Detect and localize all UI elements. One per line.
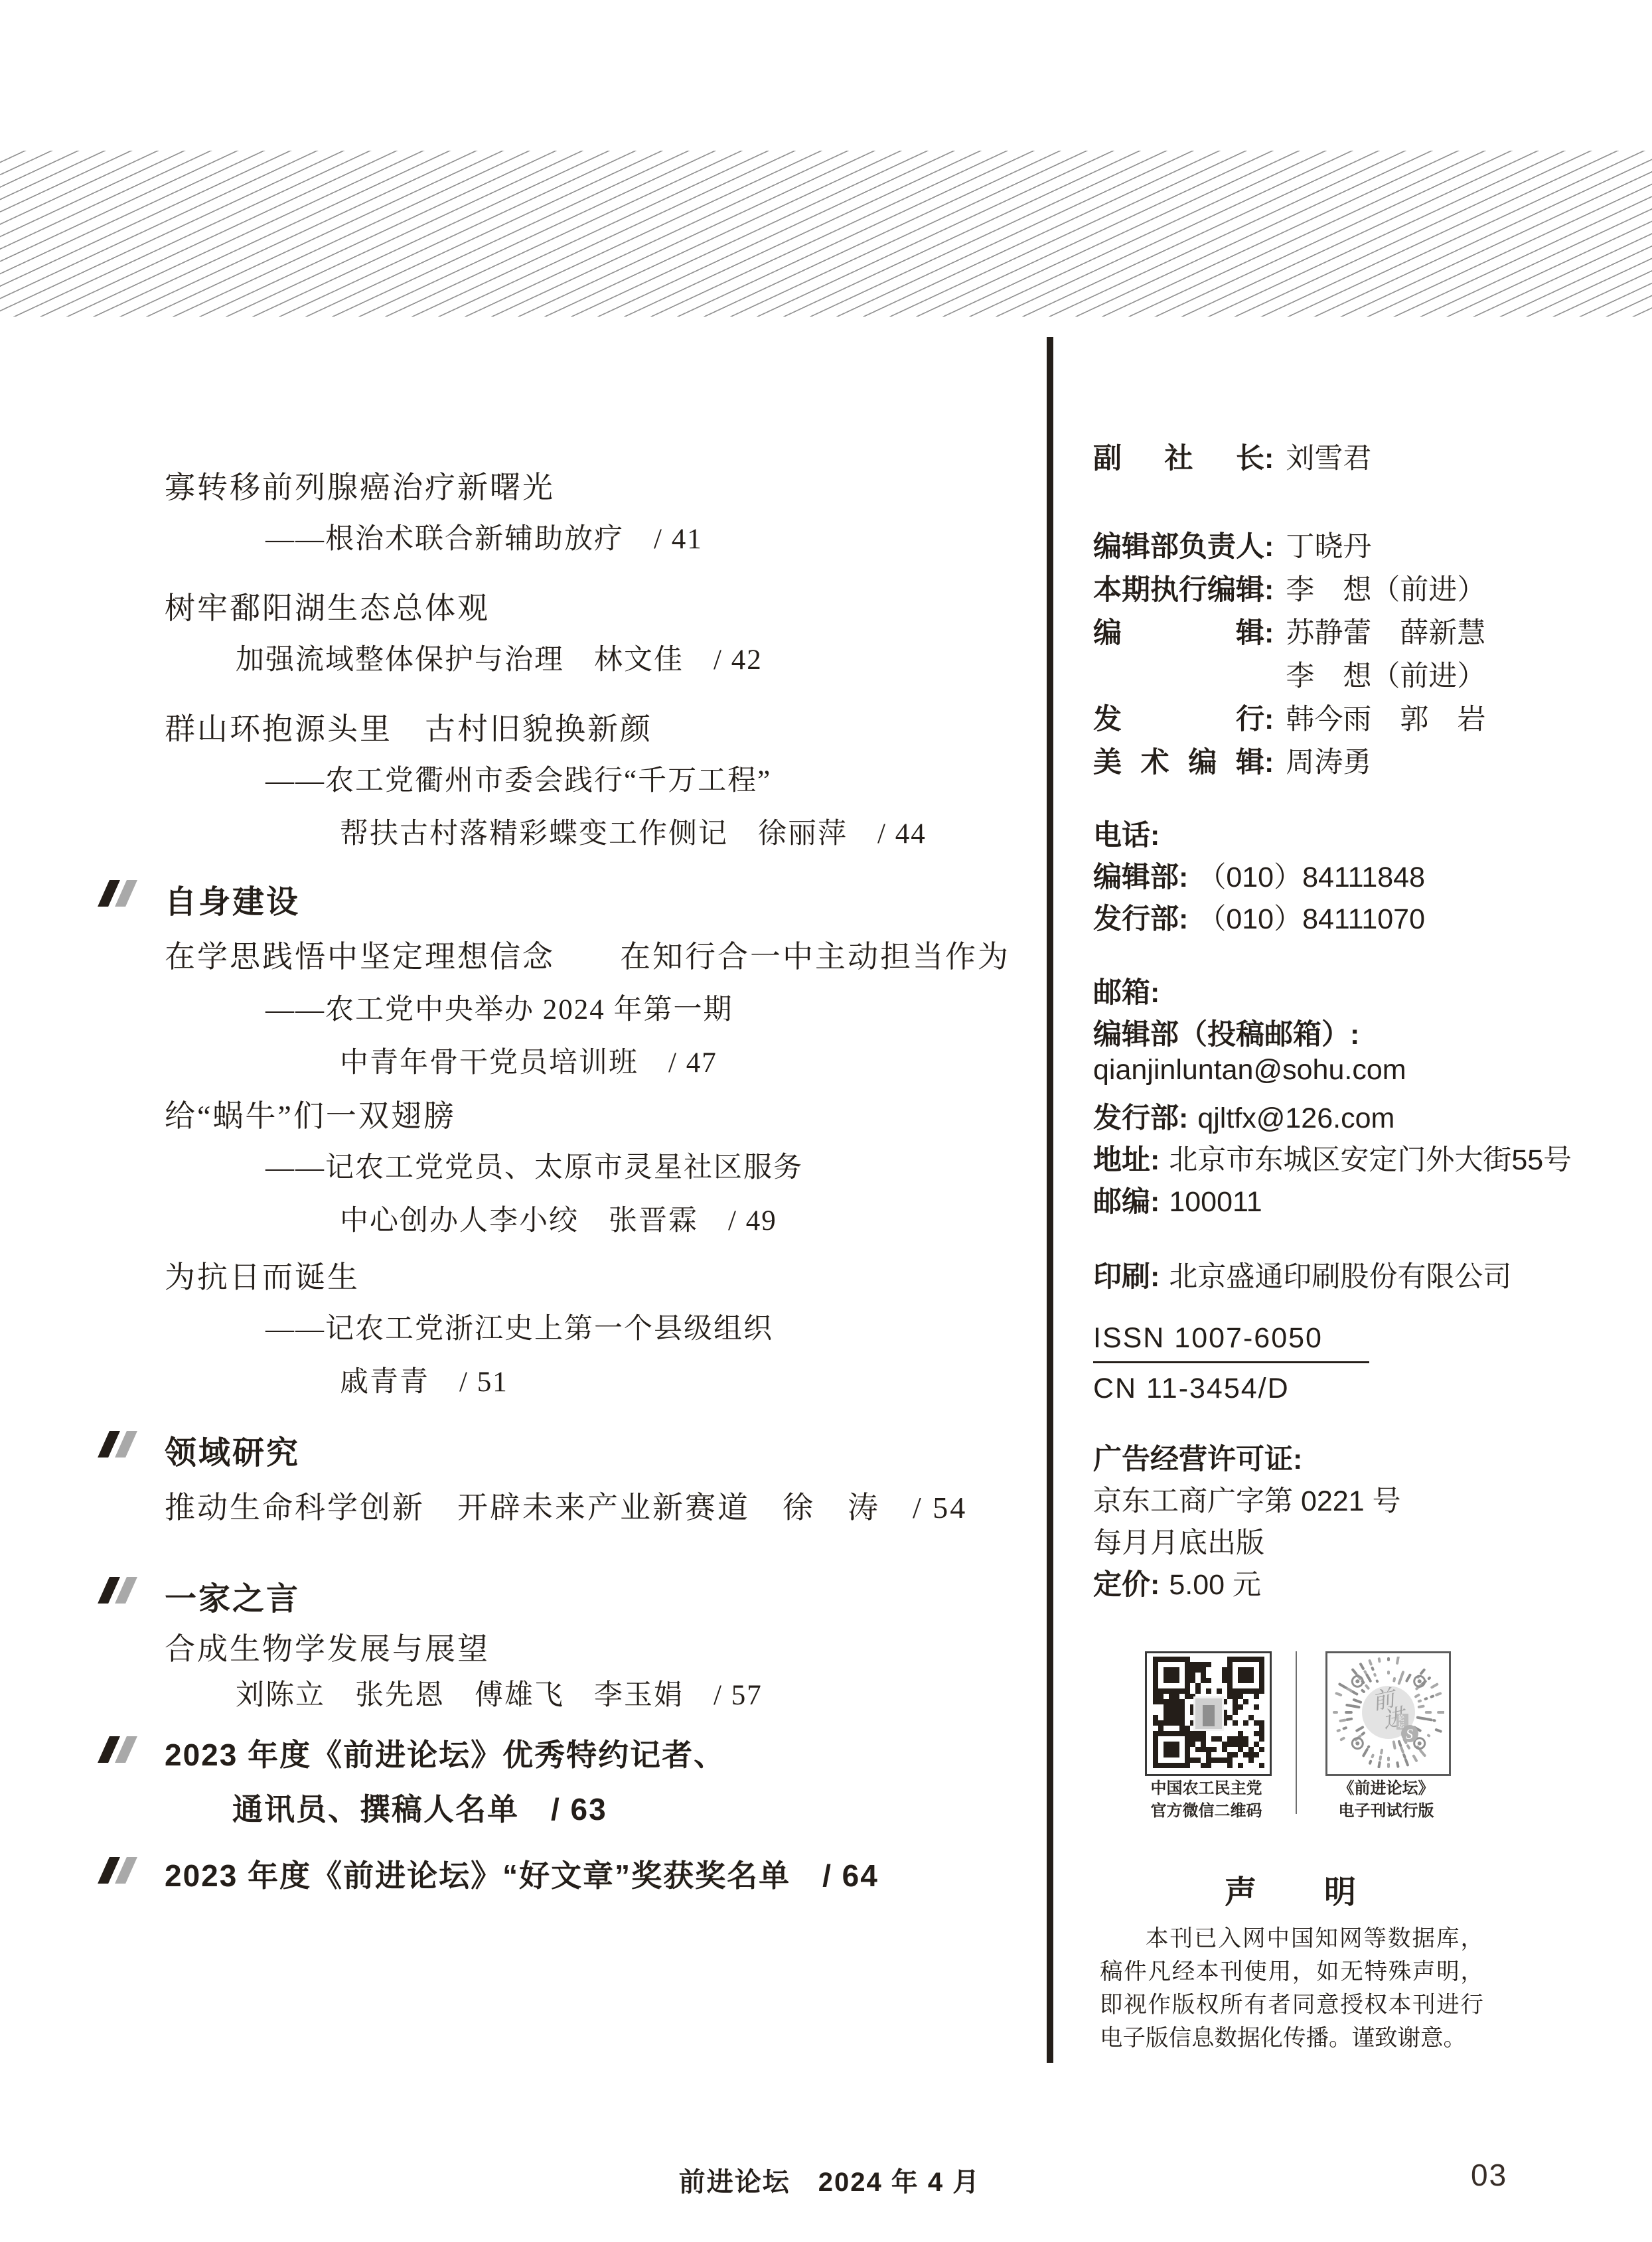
- svg-text:S: S: [1406, 1726, 1413, 1742]
- toc-title: 为抗日而诞生: [165, 1253, 360, 1297]
- toc-subtitle: 中心创办人李小绞 张晋霖 / 49: [340, 1198, 777, 1238]
- svg-text:论: 论: [1398, 1714, 1404, 1722]
- contact-distribution-email: 发行部:qjltfx@126.com: [1093, 1096, 1394, 1136]
- section-slash-icon: [98, 880, 138, 908]
- staff-colon: :: [1264, 704, 1274, 735]
- staff-label: 本期执行编辑: [1093, 567, 1264, 608]
- toc-title: 树牢鄱阳湖生态总体观: [165, 584, 490, 628]
- qr-caption-ejournal: 《前进论坛》 电子刊试行版: [1319, 1777, 1454, 1823]
- publish-schedule: 每月月底出版: [1093, 1521, 1264, 1561]
- statement-title: 声 明: [1098, 1866, 1483, 1912]
- footer-journal-date: 前进论坛 2024 年 4 月: [677, 2161, 982, 2199]
- staff-row: 美术编辑:周涛勇: [1093, 740, 1371, 781]
- staff-row: 发行:韩今雨 郭 岩: [1093, 697, 1485, 737]
- toc-item-2023-reporters: 2023 年度《前进论坛》优秀特约记者、: [165, 1731, 725, 1775]
- section-label: 一家之言: [165, 1573, 300, 1619]
- staff-colon: :: [1264, 574, 1274, 606]
- section-slash-icon: [98, 1431, 138, 1459]
- staff-value: 刘雪君: [1286, 443, 1371, 475]
- contact-mail-heading: 邮箱:: [1093, 970, 1169, 1011]
- section-slash-icon: [98, 1736, 138, 1764]
- staff-colon: :: [1264, 531, 1274, 563]
- printer-line: 印刷:北京盛通印刷股份有限公司: [1093, 1254, 1511, 1295]
- staff-value: 周涛勇: [1286, 747, 1371, 779]
- toc-subtitle: ——记农工党浙江史上第一个县级组织: [265, 1306, 773, 1347]
- qr-caption-wechat: 中国农工民主党 官方微信二维码: [1138, 1777, 1274, 1823]
- toc-title: 推动生命科学创新 开辟未来产业新赛道 徐 涛 / 54: [165, 1483, 967, 1527]
- staff-colon: :: [1264, 747, 1274, 779]
- qr-box-wechat: [1145, 1651, 1272, 1776]
- staff-value: 李 想（前进）: [1286, 574, 1485, 606]
- contact-address: 地址:北京市东城区安定门外大街55号: [1093, 1138, 1572, 1178]
- price-line: 定价:5.00 元: [1093, 1562, 1261, 1603]
- contact-distribution-phone: 发行部:（010）84111070: [1093, 897, 1425, 937]
- staff-colon: :: [1264, 443, 1274, 475]
- toc-title: 给“蜗牛”们一双翅膀: [165, 1092, 456, 1136]
- staff-value: 苏静蕾 薛新慧: [1286, 617, 1485, 649]
- section-slash-icon: [98, 1857, 138, 1885]
- toc-subtitle: 帮扶古村落精彩蝶变工作侧记 徐丽萍 / 44: [340, 811, 927, 852]
- page-number: 03: [1471, 2157, 1507, 2193]
- toc-subtitle: 加强流域整体保护与治理 林文佳 / 42: [236, 637, 763, 678]
- staff-row: :李 想（前进）: [1093, 654, 1485, 694]
- staff-value: 李 想（前进）: [1286, 660, 1485, 692]
- staff-row: 副社长:刘雪君: [1093, 436, 1371, 477]
- cn-number-line: CN 11-3454/D: [1093, 1373, 1290, 1405]
- section-label: 领域研究: [165, 1427, 300, 1473]
- toc-subtitle: 戚青青 / 51: [340, 1359, 508, 1400]
- toc-subtitle: 刘陈立 张先恩 傅雄飞 李玉娟 / 57: [236, 1673, 763, 1713]
- toc-item-2023-good-articles: 2023 年度《前进论坛》“好文章”奖获奖名单 / 64: [165, 1852, 879, 1896]
- toc-subtitle: ——记农工党党员、太原市灵星社区服务: [265, 1145, 803, 1185]
- toc-item-2023-reporters-cont: 通讯员、撰稿人名单 / 63: [232, 1785, 607, 1829]
- staff-colon: :: [1264, 617, 1274, 649]
- toc-title: 群山环抱源头里 古村旧貌换新颜: [165, 705, 652, 749]
- toc-subtitle: ——根治术联合新辅助放疗 / 41: [265, 516, 703, 557]
- statement-body: 本刊已入网中国知网等数据库，稿件凡经本刊使用，如无特殊声明，即视作版权所有者同意…: [1100, 1922, 1483, 2055]
- contact-editorial-email: qianjinluntan@sohu.com: [1093, 1054, 1406, 1086]
- contact-editorial-mail-label: 编辑部（投稿邮箱）:: [1093, 1012, 1369, 1053]
- toc-subtitle: ——农工党中央举办 2024 年第一期: [265, 987, 733, 1027]
- staff-label: 美术编辑: [1093, 740, 1264, 781]
- section-slash-icon: [98, 1577, 138, 1605]
- staff-row: 编辑部负责人:丁晓丹: [1093, 524, 1371, 565]
- staff-label: 编辑: [1093, 611, 1264, 651]
- staff-value: 韩今雨 郭 岩: [1286, 704, 1485, 735]
- contact-phone-heading: 电话:: [1093, 813, 1169, 854]
- staff-label: 编辑部负责人: [1093, 524, 1264, 565]
- issn-line: ISSN 1007-6050: [1093, 1322, 1369, 1363]
- qr-box-ejournal: 前进论坛S: [1325, 1651, 1451, 1776]
- contact-editorial-phone: 编辑部:（010）84111848: [1093, 855, 1425, 895]
- section-label: 自身建设: [165, 876, 300, 922]
- staff-label: 发行: [1093, 697, 1264, 737]
- toc-subtitle: ——农工党衢州市委会践行“千万工程”: [265, 758, 771, 798]
- toc-title: 合成生物学发展与展望: [165, 1625, 490, 1669]
- qr-code-ejournal-icon: 前进论坛S: [1333, 1657, 1444, 1771]
- toc-subtitle: 中青年骨干党员培训班 / 47: [340, 1040, 717, 1081]
- toc-title: 寡转移前列腺癌治疗新曙光: [165, 463, 555, 507]
- staff-label: 副社长: [1093, 436, 1264, 477]
- staff-row: 编辑:苏静蕾 薛新慧: [1093, 611, 1485, 651]
- qr-divider: [1296, 1651, 1297, 1814]
- staff-value: 丁晓丹: [1286, 531, 1371, 563]
- contact-postcode: 邮编:100011: [1093, 1179, 1262, 1220]
- column-divider-bar: [1047, 337, 1053, 2063]
- party-logo-icon: [1193, 1696, 1224, 1731]
- staff-row: 本期执行编辑:李 想（前进）: [1093, 567, 1485, 608]
- diagonal-hatch-band: [0, 151, 1652, 317]
- ad-license-heading: 广告经营许可证:: [1093, 1437, 1312, 1477]
- ad-license-number: 京东工商广字第 0221 号: [1093, 1479, 1401, 1519]
- magazine-contents-page: 寡转移前列腺癌治疗新曙光 ——根治术联合新辅助放疗 / 41 树牢鄱阳湖生态总体…: [0, 0, 1652, 2242]
- toc-title: 在学思践悟中坚定理想信念 在知行合一中主动担当作为: [165, 933, 1010, 976]
